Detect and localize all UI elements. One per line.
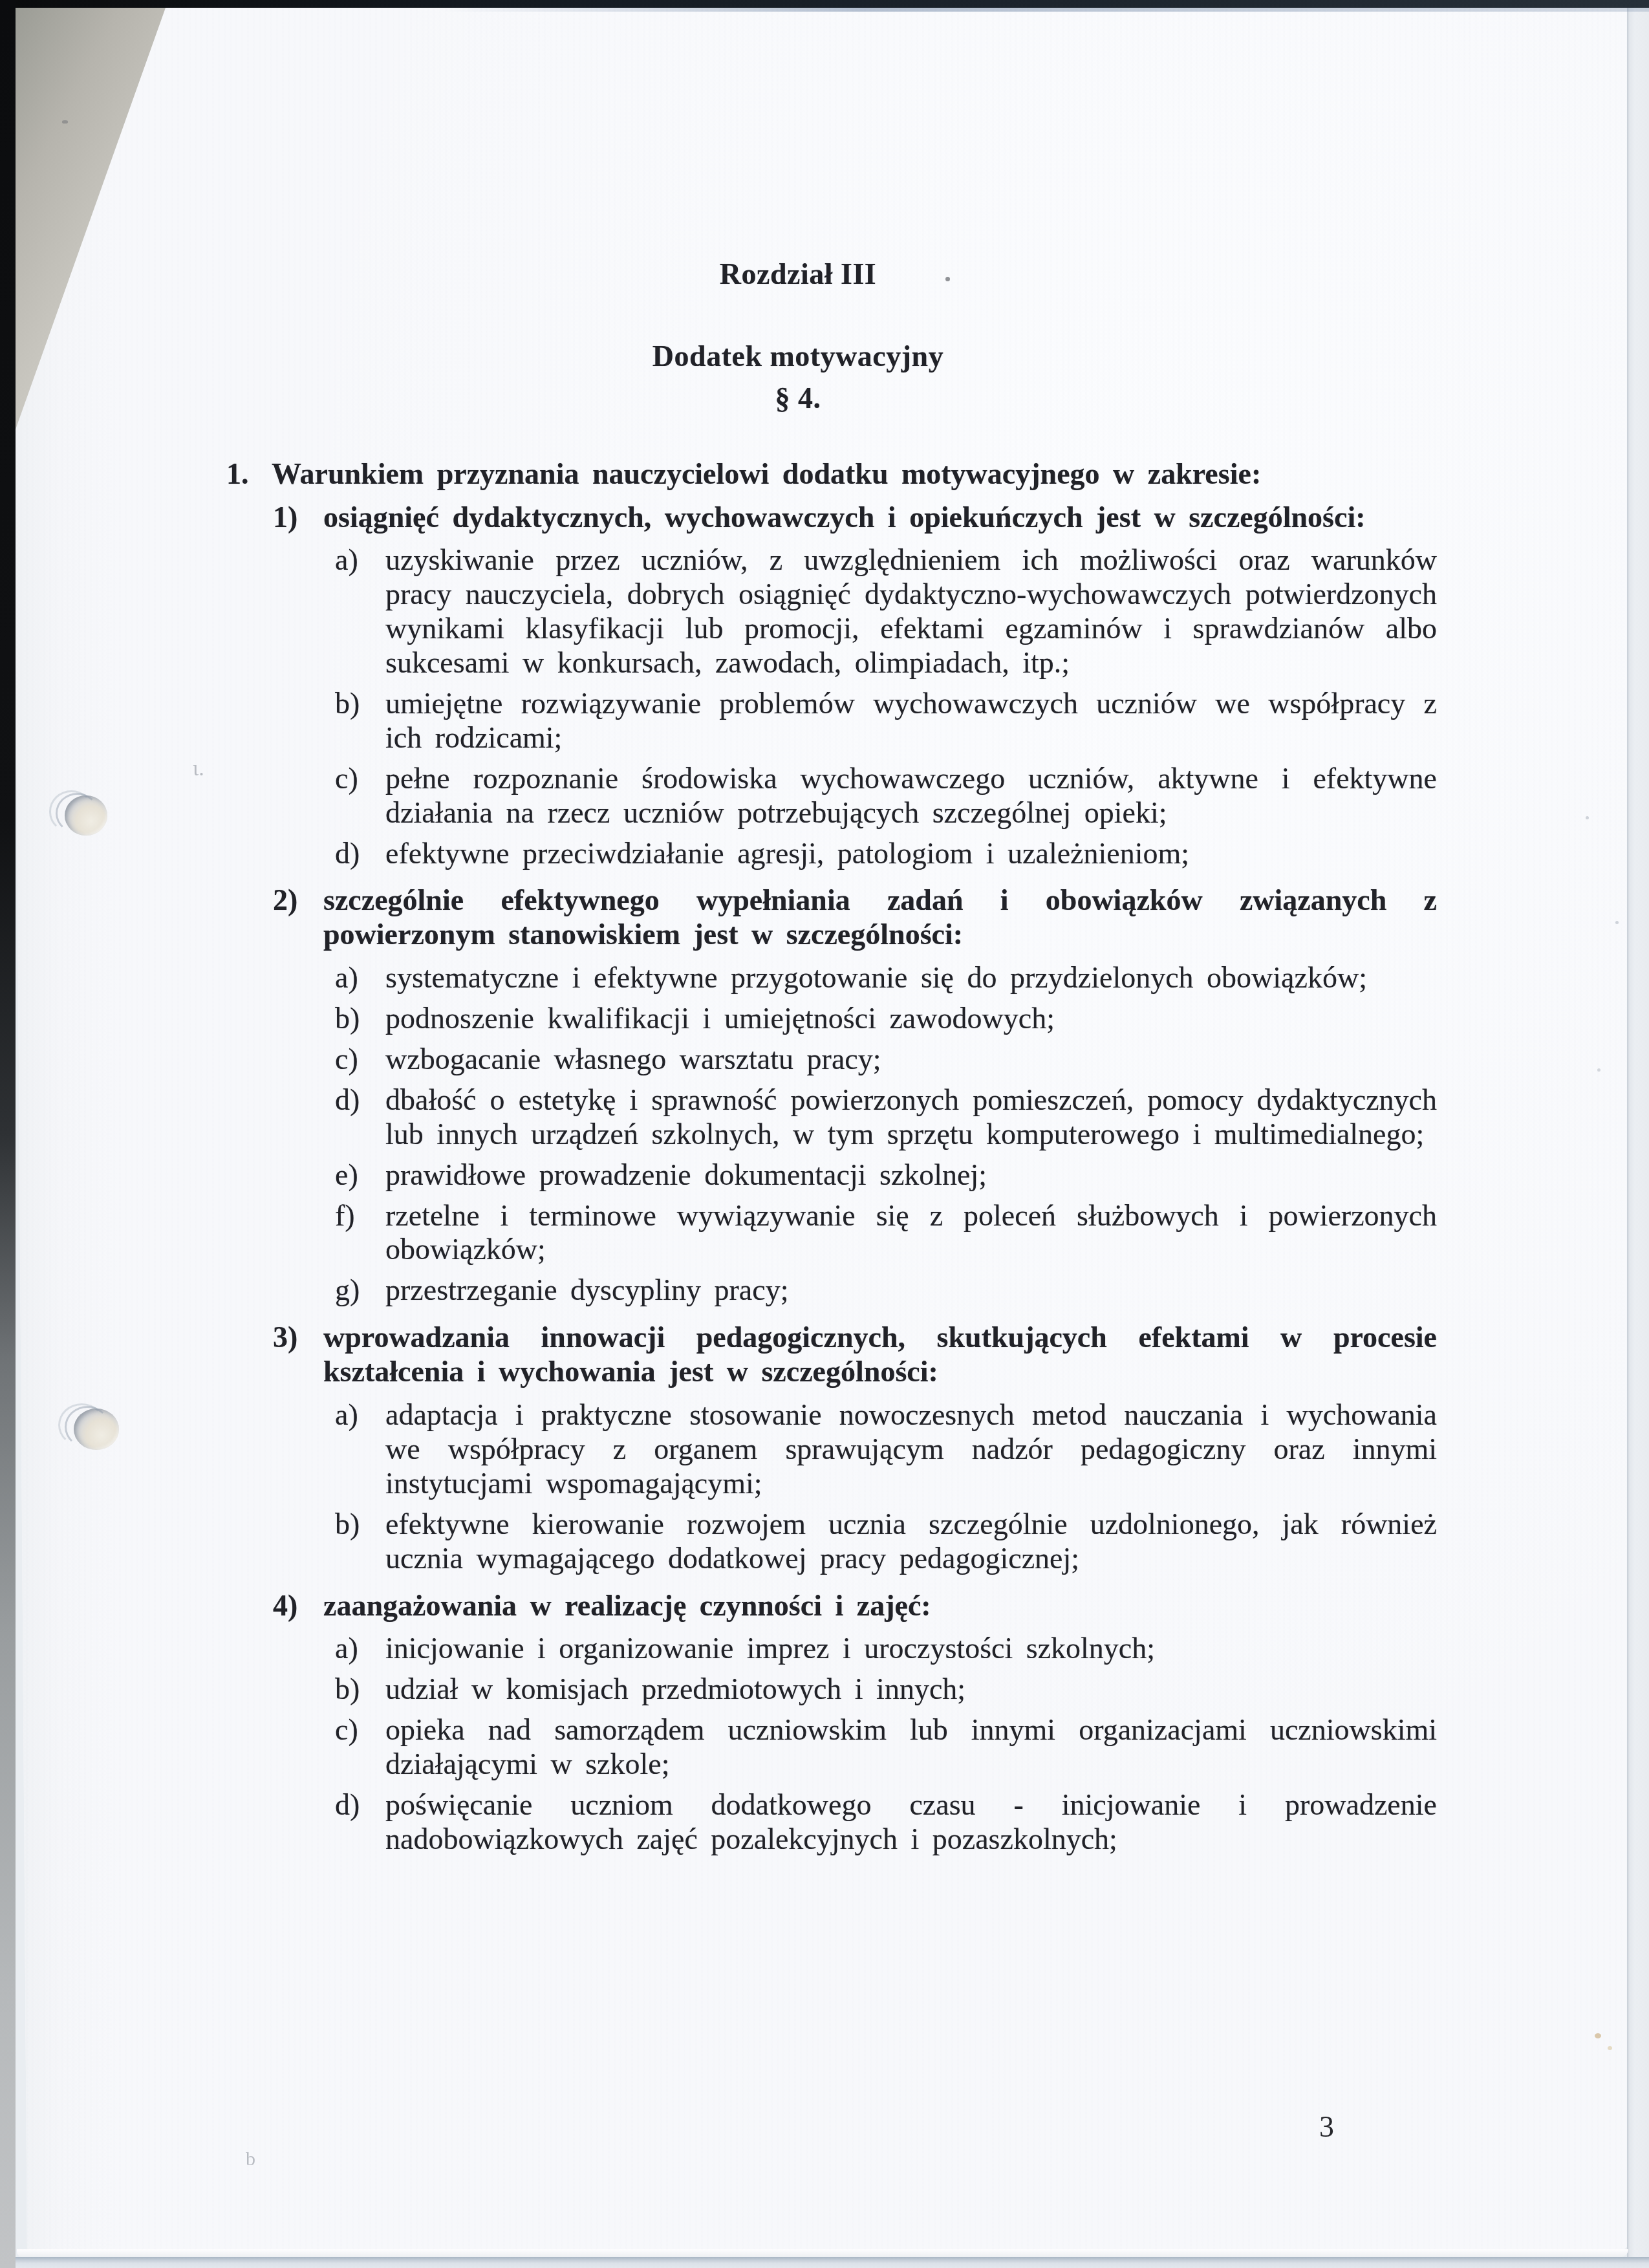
page-number: 3 — [1319, 2110, 1334, 2144]
item-marker: d) — [335, 1788, 360, 1822]
item-marker: d) — [335, 1083, 360, 1118]
item-text: efektywne przeciwdziałanie agresji, pato… — [385, 837, 1189, 870]
list-item: c)opieka nad samorządem uczniowskim lub … — [335, 1713, 1437, 1782]
subsection-3: 3) wprowadzania innowacji pedagogicznych… — [273, 1321, 1437, 1575]
list-item: f)rzetelne i terminowe wywiązywanie się … — [335, 1199, 1437, 1268]
document-headings: Rozdział III Dodatek motywacyjny § 4. — [226, 257, 1370, 416]
list-item: b)efektywne kierowanie rozwojem ucznia s… — [335, 1507, 1437, 1576]
dust-speck — [1586, 816, 1589, 819]
clause-intro-text: Warunkiem przyznania nauczycielowi dodat… — [272, 457, 1261, 490]
list-item: d)poświęcanie uczniom dodatkowego czasu … — [335, 1788, 1437, 1857]
list-item: b)udział w komisjach przedmiotowych i in… — [335, 1672, 1437, 1707]
list-item: a)inicjowanie i organizowanie imprez i u… — [335, 1632, 1437, 1666]
list-item: a)uzyskiwanie przez uczniów, z uwzględni… — [335, 543, 1437, 680]
item-text: efektywne kierowanie rozwojem ucznia szc… — [385, 1507, 1437, 1575]
item-marker: b) — [335, 1672, 360, 1707]
item-text: pełne rozpoznanie środowiska wychowawcze… — [385, 762, 1437, 829]
item-text: podnoszenie kwalifikacji i umiejętności … — [385, 1002, 1055, 1035]
dust-speck — [1615, 921, 1619, 924]
item-marker: b) — [335, 687, 360, 721]
item-marker: a) — [335, 1398, 358, 1432]
ink-speck — [945, 277, 950, 281]
stain-speck — [1595, 2033, 1601, 2038]
item-marker: e) — [335, 1158, 358, 1193]
dust-speck — [62, 120, 68, 124]
subsection-marker: 1) — [273, 501, 297, 535]
dust-speck — [1597, 1068, 1600, 1072]
subsection-heading: 4) zaangażowania w realizację czynności … — [273, 1589, 1437, 1623]
item-text: inicjowanie i organizowanie imprez i uro… — [385, 1632, 1155, 1665]
punch-hole-top — [65, 795, 107, 836]
item-text: adaptacja i praktyczne stosowanie nowocz… — [385, 1398, 1437, 1500]
subsection-marker: 3) — [273, 1321, 297, 1355]
chapter-title: Rozdział III — [226, 257, 1370, 292]
paragraph-symbol: § 4. — [226, 382, 1370, 416]
subsection-4: 4) zaangażowania w realizację czynności … — [273, 1589, 1437, 1857]
list-item: c)wzbogacanie własnego warsztatu pracy; — [335, 1042, 1437, 1077]
item-marker: d) — [335, 837, 360, 871]
item-text: prawidłowe prowadzenie dokumentacji szko… — [385, 1158, 987, 1191]
item-text: umiejętne rozwiązywanie problemów wychow… — [385, 687, 1437, 754]
item-text: dbałość o estetykę i sprawność powierzon… — [385, 1083, 1437, 1150]
pencil-mark: ι. — [193, 757, 204, 781]
subsection-items: a)uzyskiwanie przez uczniów, z uwzględni… — [335, 543, 1437, 870]
item-marker: g) — [335, 1273, 360, 1308]
list-item: b)podnoszenie kwalifikacji i umiejętnośc… — [335, 1002, 1437, 1036]
item-text: przestrzeganie dyscypliny pracy; — [385, 1273, 788, 1306]
clause-number: 1. — [226, 457, 249, 491]
subsection-heading-text: wprowadzania innowacji pedagogicznych, s… — [323, 1321, 1437, 1388]
subsection-marker: 2) — [273, 883, 297, 918]
subsection-marker: 4) — [273, 1589, 297, 1623]
subsection-1: 1) osiągnięć dydaktycznych, wychowawczyc… — [273, 501, 1437, 871]
item-marker: b) — [335, 1507, 360, 1542]
page-bottom-edge — [17, 2249, 1628, 2257]
stain-speck — [1608, 2046, 1612, 2050]
item-marker: c) — [335, 1713, 358, 1747]
subsection-heading-text: osiągnięć dydaktycznych, wychowawczych i… — [323, 501, 1366, 534]
item-marker: a) — [335, 961, 358, 995]
subsection-items: a)inicjowanie i organizowanie imprez i u… — [335, 1632, 1437, 1856]
item-marker: a) — [335, 543, 358, 578]
subsection-items: a)adaptacja i praktyczne stosowanie nowo… — [335, 1398, 1437, 1575]
list-item: a)systematyczne i efektywne przygotowani… — [335, 961, 1437, 995]
scan-edge-top-glow — [440, 8, 1649, 12]
subsection-heading: 1) osiągnięć dydaktycznych, wychowawczyc… — [273, 501, 1437, 535]
section-title: Dodatek motywacyjny — [226, 340, 1370, 374]
subsection-heading-text: szczególnie efektywnego wypełniania zada… — [323, 883, 1437, 951]
item-text: uzyskiwanie przez uczniów, z uwzględnien… — [385, 543, 1437, 679]
item-marker: b) — [335, 1002, 360, 1036]
item-text: opieka nad samorządem uczniowskim lub in… — [385, 1713, 1437, 1780]
scan-edge-bottom — [0, 2257, 1649, 2268]
item-text: wzbogacanie własnego warsztatu pracy; — [385, 1042, 881, 1075]
item-text: udział w komisjach przedmiotowych i inny… — [385, 1672, 965, 1705]
list-item: c)pełne rozpoznanie środowiska wychowawc… — [335, 762, 1437, 830]
item-text: systematyczne i efektywne przygotowanie … — [385, 961, 1367, 994]
list-item: b)umiejętne rozwiązywanie problemów wych… — [335, 687, 1437, 755]
list-item: a)adaptacja i praktyczne stosowanie nowo… — [335, 1398, 1437, 1501]
list-item: g)przestrzeganie dyscypliny pracy; — [335, 1273, 1437, 1308]
list-item: e)prawidłowe prowadzenie dokumentacji sz… — [335, 1158, 1437, 1193]
subsection-2: 2) szczególnie efektywnego wypełniania z… — [273, 883, 1437, 1308]
subsection-heading-text: zaangażowania w realizację czynności i z… — [323, 1589, 931, 1622]
subsection-items: a)systematyczne i efektywne przygotowani… — [335, 961, 1437, 1308]
document-content: Rozdział III Dodatek motywacyjny § 4. 1.… — [226, 257, 1437, 1870]
scan-edge-left — [0, 0, 16, 2268]
pencil-mark: b — [246, 2148, 255, 2170]
item-marker: c) — [335, 1042, 358, 1077]
list-item: d)efektywne przeciwdziałanie agresji, pa… — [335, 837, 1437, 871]
scan-edge-top — [0, 0, 1649, 8]
item-marker: c) — [335, 762, 358, 796]
scan-edge-right — [1627, 0, 1649, 2268]
punch-hole-bottom — [74, 1409, 119, 1450]
item-marker: f) — [335, 1199, 355, 1233]
item-marker: a) — [335, 1632, 358, 1666]
item-text: poświęcanie uczniom dodatkowego czasu - … — [385, 1788, 1437, 1855]
subsection-heading: 2) szczególnie efektywnego wypełniania z… — [273, 883, 1437, 952]
list-item: d)dbałość o estetykę i sprawność powierz… — [335, 1083, 1437, 1152]
clause-1-intro: 1. Warunkiem przyznania nauczycielowi do… — [226, 457, 1437, 491]
item-text: rzetelne i terminowe wywiązywanie się z … — [385, 1199, 1437, 1266]
subsection-heading: 3) wprowadzania innowacji pedagogicznych… — [273, 1321, 1437, 1389]
